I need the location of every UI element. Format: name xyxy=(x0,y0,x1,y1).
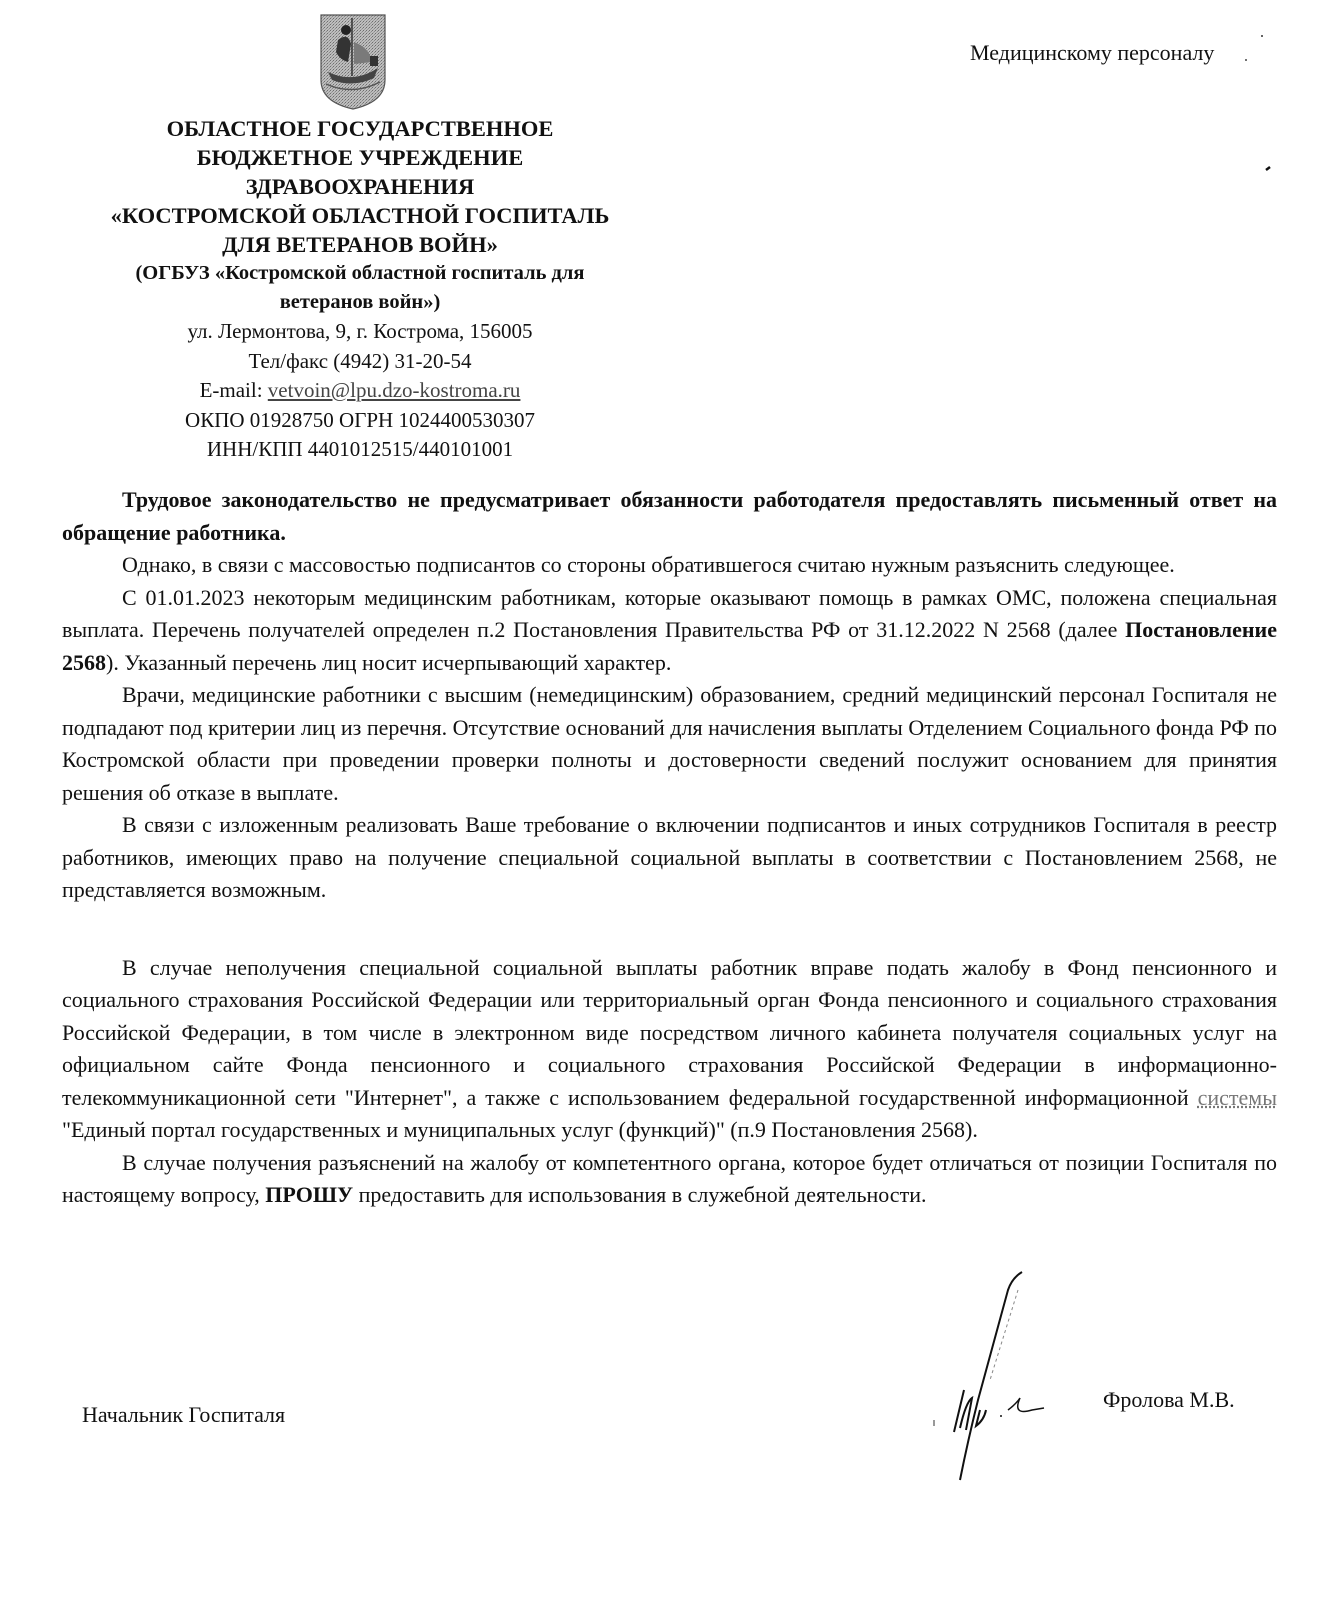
org-email-line: E-mail: vetvoin@lpu.dzo-kostroma.ru xyxy=(60,376,660,406)
org-title-line: БЮДЖЕТНОЕ УЧРЕЖДЕНИЕ xyxy=(60,143,660,172)
org-phone: Тел/факс (4942) 31-20-54 xyxy=(60,347,660,377)
email-link[interactable]: vetvoin@lpu.dzo-kostroma.ru xyxy=(268,378,521,402)
paragraph-2-text: С 01.01.2023 некоторым медицинским работ… xyxy=(62,585,1277,643)
handwritten-signature-icon xyxy=(920,1270,1080,1490)
email-label: E-mail: xyxy=(200,378,268,402)
org-short-name-line: (ОГБУЗ «Костромской областной госпиталь … xyxy=(60,259,660,288)
paragraph-2-text-end: ). Указанный перечень лиц носит исчерпыв… xyxy=(106,650,671,675)
signatory-role: Начальник Госпиталя xyxy=(82,1402,285,1428)
org-title-line: «КОСТРОМСКОЙ ОБЛАСТНОЙ ГОСПИТАЛЬ xyxy=(60,201,660,230)
scan-speck-icon xyxy=(1240,30,1280,190)
paragraph-3: Врачи, медицинские работники с высшим (н… xyxy=(62,679,1277,809)
lead-paragraph: Трудовое законодательство не предусматри… xyxy=(62,484,1277,549)
org-title-line: ОБЛАСТНОЕ ГОСУДАРСТВЕННОЕ xyxy=(60,114,660,143)
org-short-name-line: ветеранов войн») xyxy=(60,288,660,317)
signatory-name: Фролова М.В. xyxy=(1103,1387,1235,1413)
paragraph-2: С 01.01.2023 некоторым медицинским работ… xyxy=(62,582,1277,680)
org-title-line: ЗДРАВООХРАНЕНИЯ xyxy=(60,172,660,201)
paragraph-5: В случае неполучения специальной социаль… xyxy=(62,952,1277,1147)
org-inn-kpp: ИНН/КПП 4401012515/440101001 xyxy=(60,435,660,465)
org-address: ул. Лермонтова, 9, г. Кострома, 156005 xyxy=(60,317,660,347)
letterhead: ОБЛАСТНОЕ ГОСУДАРСТВЕННОЕ БЮДЖЕТНОЕ УЧРЕ… xyxy=(60,114,660,465)
paragraph-6: В случае получения разъяснений на жалобу… xyxy=(62,1147,1277,1212)
letter-page: ОБЛАСТНОЕ ГОСУДАРСТВЕННОЕ БЮДЖЕТНОЕ УЧРЕ… xyxy=(0,0,1333,1600)
paragraph-gap xyxy=(62,907,1277,952)
paragraph-5-text-end: "Единый портал государственных и муницип… xyxy=(62,1117,978,1142)
paragraph-6-text-end: предоставить для использования в служебн… xyxy=(353,1182,926,1207)
org-okpo-ogrn: ОКПО 01928750 ОГРН 1024400530307 xyxy=(60,406,660,436)
letter-body: Трудовое законодательство не предусматри… xyxy=(62,484,1277,1212)
paragraph-4: В связи с изложенным реализовать Ваше тр… xyxy=(62,809,1277,907)
coat-of-arms-icon xyxy=(318,12,388,112)
recipient: Медицинскому персоналу xyxy=(970,40,1214,66)
paragraph-5-text: В случае неполучения специальной социаль… xyxy=(62,955,1277,1110)
paragraph-1: Однако, в связи с массовостью подписанто… xyxy=(62,549,1277,582)
request-emphasis: ПРОШУ xyxy=(265,1182,353,1207)
underlined-word: системы xyxy=(1198,1085,1277,1110)
org-title-line: ДЛЯ ВЕТЕРАНОВ ВОЙН» xyxy=(60,230,660,259)
